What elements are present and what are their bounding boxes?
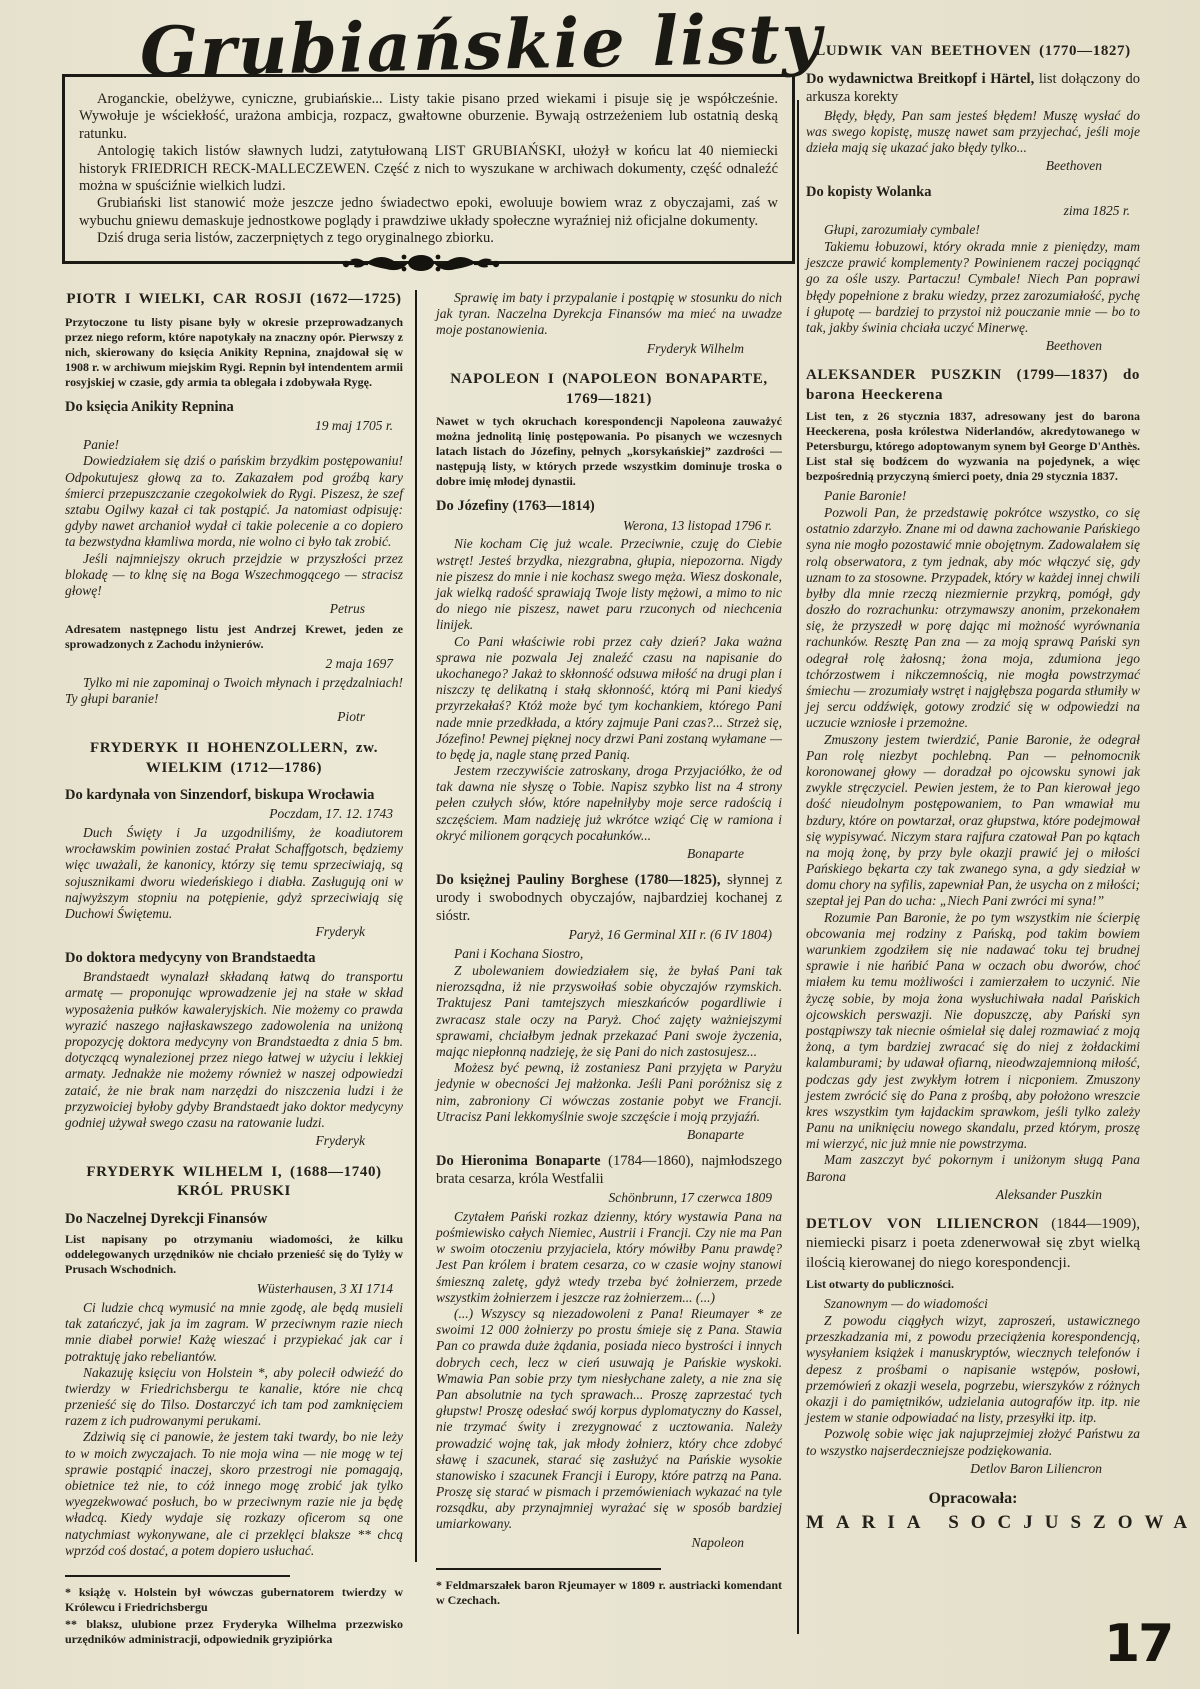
sig-block: Beethoven [806, 158, 1140, 175]
body-block: Sprawię im baty i przypalanie i postąpię… [436, 290, 782, 339]
sig-block: Fryderyk [65, 924, 403, 941]
body-block: Takiemu łobuzowi, który okrada mnie z pi… [806, 239, 1140, 336]
body-block: (...) Wszyscy są niezadowoleni z Pana! R… [436, 1306, 782, 1533]
sig-block: Bonaparte [436, 846, 782, 863]
sub-block: Do doktora medycyny von Brandstaedta [65, 949, 403, 967]
body-block: Nakazuję księciu von Holstein *, aby pol… [65, 1365, 403, 1430]
column-right: LUDWIK VAN BEETHOVEN (1770—1827)Do wydaw… [806, 40, 1140, 1534]
body-block: Ci ludzie chcą wymusić na mnie zgodę, al… [65, 1300, 403, 1365]
note-block: List otwarty do publiczności. [806, 1277, 1140, 1292]
date-block: Paryż, 16 Germinal XII r. (6 IV 1804) [436, 927, 782, 944]
body-block: Tylko mi nie zapominaj o Twoich młynach … [65, 675, 403, 707]
body-block: Zdziwią się ci panowie, że jestem taki t… [65, 1429, 403, 1559]
h2-block: NAPOLEON I (NAPOLEON BONAPARTE, 1769—182… [436, 370, 782, 409]
sig-block: Piotr [65, 709, 403, 726]
note-block: Adresatem następnego listu jest Andrzej … [65, 622, 403, 652]
note-block: List napisany po otrzymaniu wiadomości, … [65, 1232, 403, 1277]
sub-block: Do Hieronima Bonaparte (1784—1860), najm… [436, 1152, 782, 1188]
sig-block: Petrus [65, 601, 403, 618]
note-block: Nawet w tych okruchach korespondencji Na… [436, 414, 782, 489]
h2-block: LUDWIK VAN BEETHOVEN (1770—1827) [806, 42, 1140, 62]
sig-block: Napoleon [436, 1535, 782, 1552]
body-block: Brandstaedt wynalazł składaną łatwą do t… [65, 969, 403, 1131]
date-block: Poczdam, 17. 12. 1743 [65, 806, 403, 823]
sub-block: Do księcia Anikity Repnina [65, 398, 403, 416]
fnrule-block [436, 1568, 661, 1570]
sig-block: Beethoven [806, 338, 1140, 355]
hb-block: Aroganckie, obelżywe, cyniczne, grubiańs… [79, 91, 778, 143]
sub-block: Do wydawnictwa Breitkopf i Härtel, list … [806, 70, 1140, 106]
body-block: Nie kocham Cię już wcale. Przeciwnie, cz… [436, 536, 782, 633]
column-divider [797, 100, 799, 1634]
hb-block: Grubiański list stanowić może jeszcze je… [79, 195, 778, 230]
h3-block: ALEKSANDER PUSZKIN (1799—1837) do barona… [806, 366, 1140, 405]
body-block: Mam zaszczyt być pokornym i uniżonym słu… [806, 1152, 1140, 1184]
intro-box: Aroganckie, obelżywe, cyniczne, grubiańs… [62, 74, 795, 264]
credit-name-block: MARIA SOCJUSZOWA [806, 1512, 1140, 1534]
sub-block: Do kardynała von Sinzendorf, biskupa Wro… [65, 786, 403, 804]
column-middle: Sprawię im baty i przypalanie i postąpię… [436, 290, 782, 1610]
hb-block: Dziś druga seria listów, zaczerpniętych … [79, 230, 778, 247]
ornament-divider-icon [336, 250, 506, 276]
fn-block: * książę v. Holstein był wówczas guberna… [65, 1585, 403, 1615]
sig-block: Fryderyk Wilhelm [436, 341, 782, 358]
body-block: Z ubolewaniem dowiedziałem się, że byłaś… [436, 963, 782, 1060]
credit-label-block: Opracowała: [806, 1490, 1140, 1508]
note-block: Przytoczone tu listy pisane były w okres… [65, 315, 403, 390]
sig-block: Aleksander Puszkin [806, 1187, 1140, 1204]
body-block: Błędy, błędy, Pan sam jesteś błędem! Mus… [806, 108, 1140, 157]
note-block: List ten, z 26 stycznia 1837, adresowany… [806, 409, 1140, 484]
column-left: PIOTR I WIELKI, CAR ROSJI (1672—1725)Prz… [65, 288, 403, 1649]
hb-block: Antologię takich listów sławnych ludzi, … [79, 143, 778, 195]
body-block: Zmuszony jestem twierdzić, Panie Baronie… [806, 732, 1140, 910]
h2-block: FRYDERYK II HOHENZOLLERN, zw. WIELKIM (1… [65, 739, 403, 778]
open-block: Szanownym — do wiadomości [806, 1296, 1140, 1313]
fn-block: * Feldmarszałek baron Rjeumayer w 1809 r… [436, 1578, 782, 1608]
body-block: Co Pani właściwie robi przez cały dzień?… [436, 634, 782, 764]
open-block: Pani i Kochana Siostro, [436, 946, 782, 963]
fnrule-block [65, 1575, 290, 1577]
body-block: Jestem rzeczywiście zatroskany, droga Pr… [436, 763, 782, 844]
body-block: Jeśli najmniejszy okruch przejdzie w prz… [65, 551, 403, 600]
body-block: Możesz być pewną, iż zostaniesz Pani prz… [436, 1060, 782, 1125]
body-block: Pozwoli Pan, że przedstawię pokrótce wsz… [806, 505, 1140, 732]
body-block: Czytałem Pański rozkaz dzienny, który wy… [436, 1209, 782, 1306]
h3-block: DETLOV VON LILIENCRON (1844—1909), niemi… [806, 1215, 1140, 1274]
date-block: Schönbrunn, 17 czerwca 1809 [436, 1190, 782, 1207]
open-block: Głupi, zarozumiały cymbale! [806, 222, 1140, 239]
body-block: Duch Święty i Ja uzgodniliśmy, że koadiu… [65, 825, 403, 922]
date-block: Werona, 13 listopad 1796 r. [436, 518, 782, 535]
sig-block: Fryderyk [65, 1133, 403, 1150]
open-block: Panie Baronie! [806, 488, 1140, 505]
sub-block: Do księżnej Pauliny Borghese (1780—1825)… [436, 871, 782, 925]
body-block: Rozumie Pan Baronie, że po tym wszystkim… [806, 910, 1140, 1153]
date-block: 2 maja 1697 [65, 656, 403, 673]
page-number: 17 [1104, 1614, 1172, 1674]
sub-block: Do Naczelnej Dyrekcji Finansów [65, 1210, 403, 1228]
fn-block: ** blaksz, ulubione przez Fryderyka Wilh… [65, 1617, 403, 1647]
newspaper-page: { "page": {"number": "17"}, "masthead": … [0, 0, 1200, 1689]
date-block: 19 maj 1705 r. [65, 418, 403, 435]
date-block: Wüsterhausen, 3 XI 1714 [65, 1281, 403, 1298]
body-block: Z powodu ciągłych wizyt, zaproszeń, usta… [806, 1313, 1140, 1426]
h2-block: PIOTR I WIELKI, CAR ROSJI (1672—1725) [65, 290, 403, 310]
h2-block: FRYDERYK WILHELM I, (1688—1740) KRÓL PRU… [65, 1163, 403, 1202]
body-block: Dowiedziałem się dziś o pańskim brzydkim… [65, 453, 403, 550]
open-block: Panie! [65, 437, 403, 454]
sub-block: Do kopisty Wolanka [806, 183, 1140, 201]
sig-block: Bonaparte [436, 1127, 782, 1144]
date-block: zima 1825 r. [806, 203, 1140, 220]
sub-block: Do Józefiny (1763—1814) [436, 497, 782, 515]
body-block: Pozwolę sobie więc jak najuprzejmiej zło… [806, 1426, 1140, 1458]
sig-block: Detlov Baron Liliencron [806, 1461, 1140, 1478]
column-divider [415, 290, 417, 1562]
